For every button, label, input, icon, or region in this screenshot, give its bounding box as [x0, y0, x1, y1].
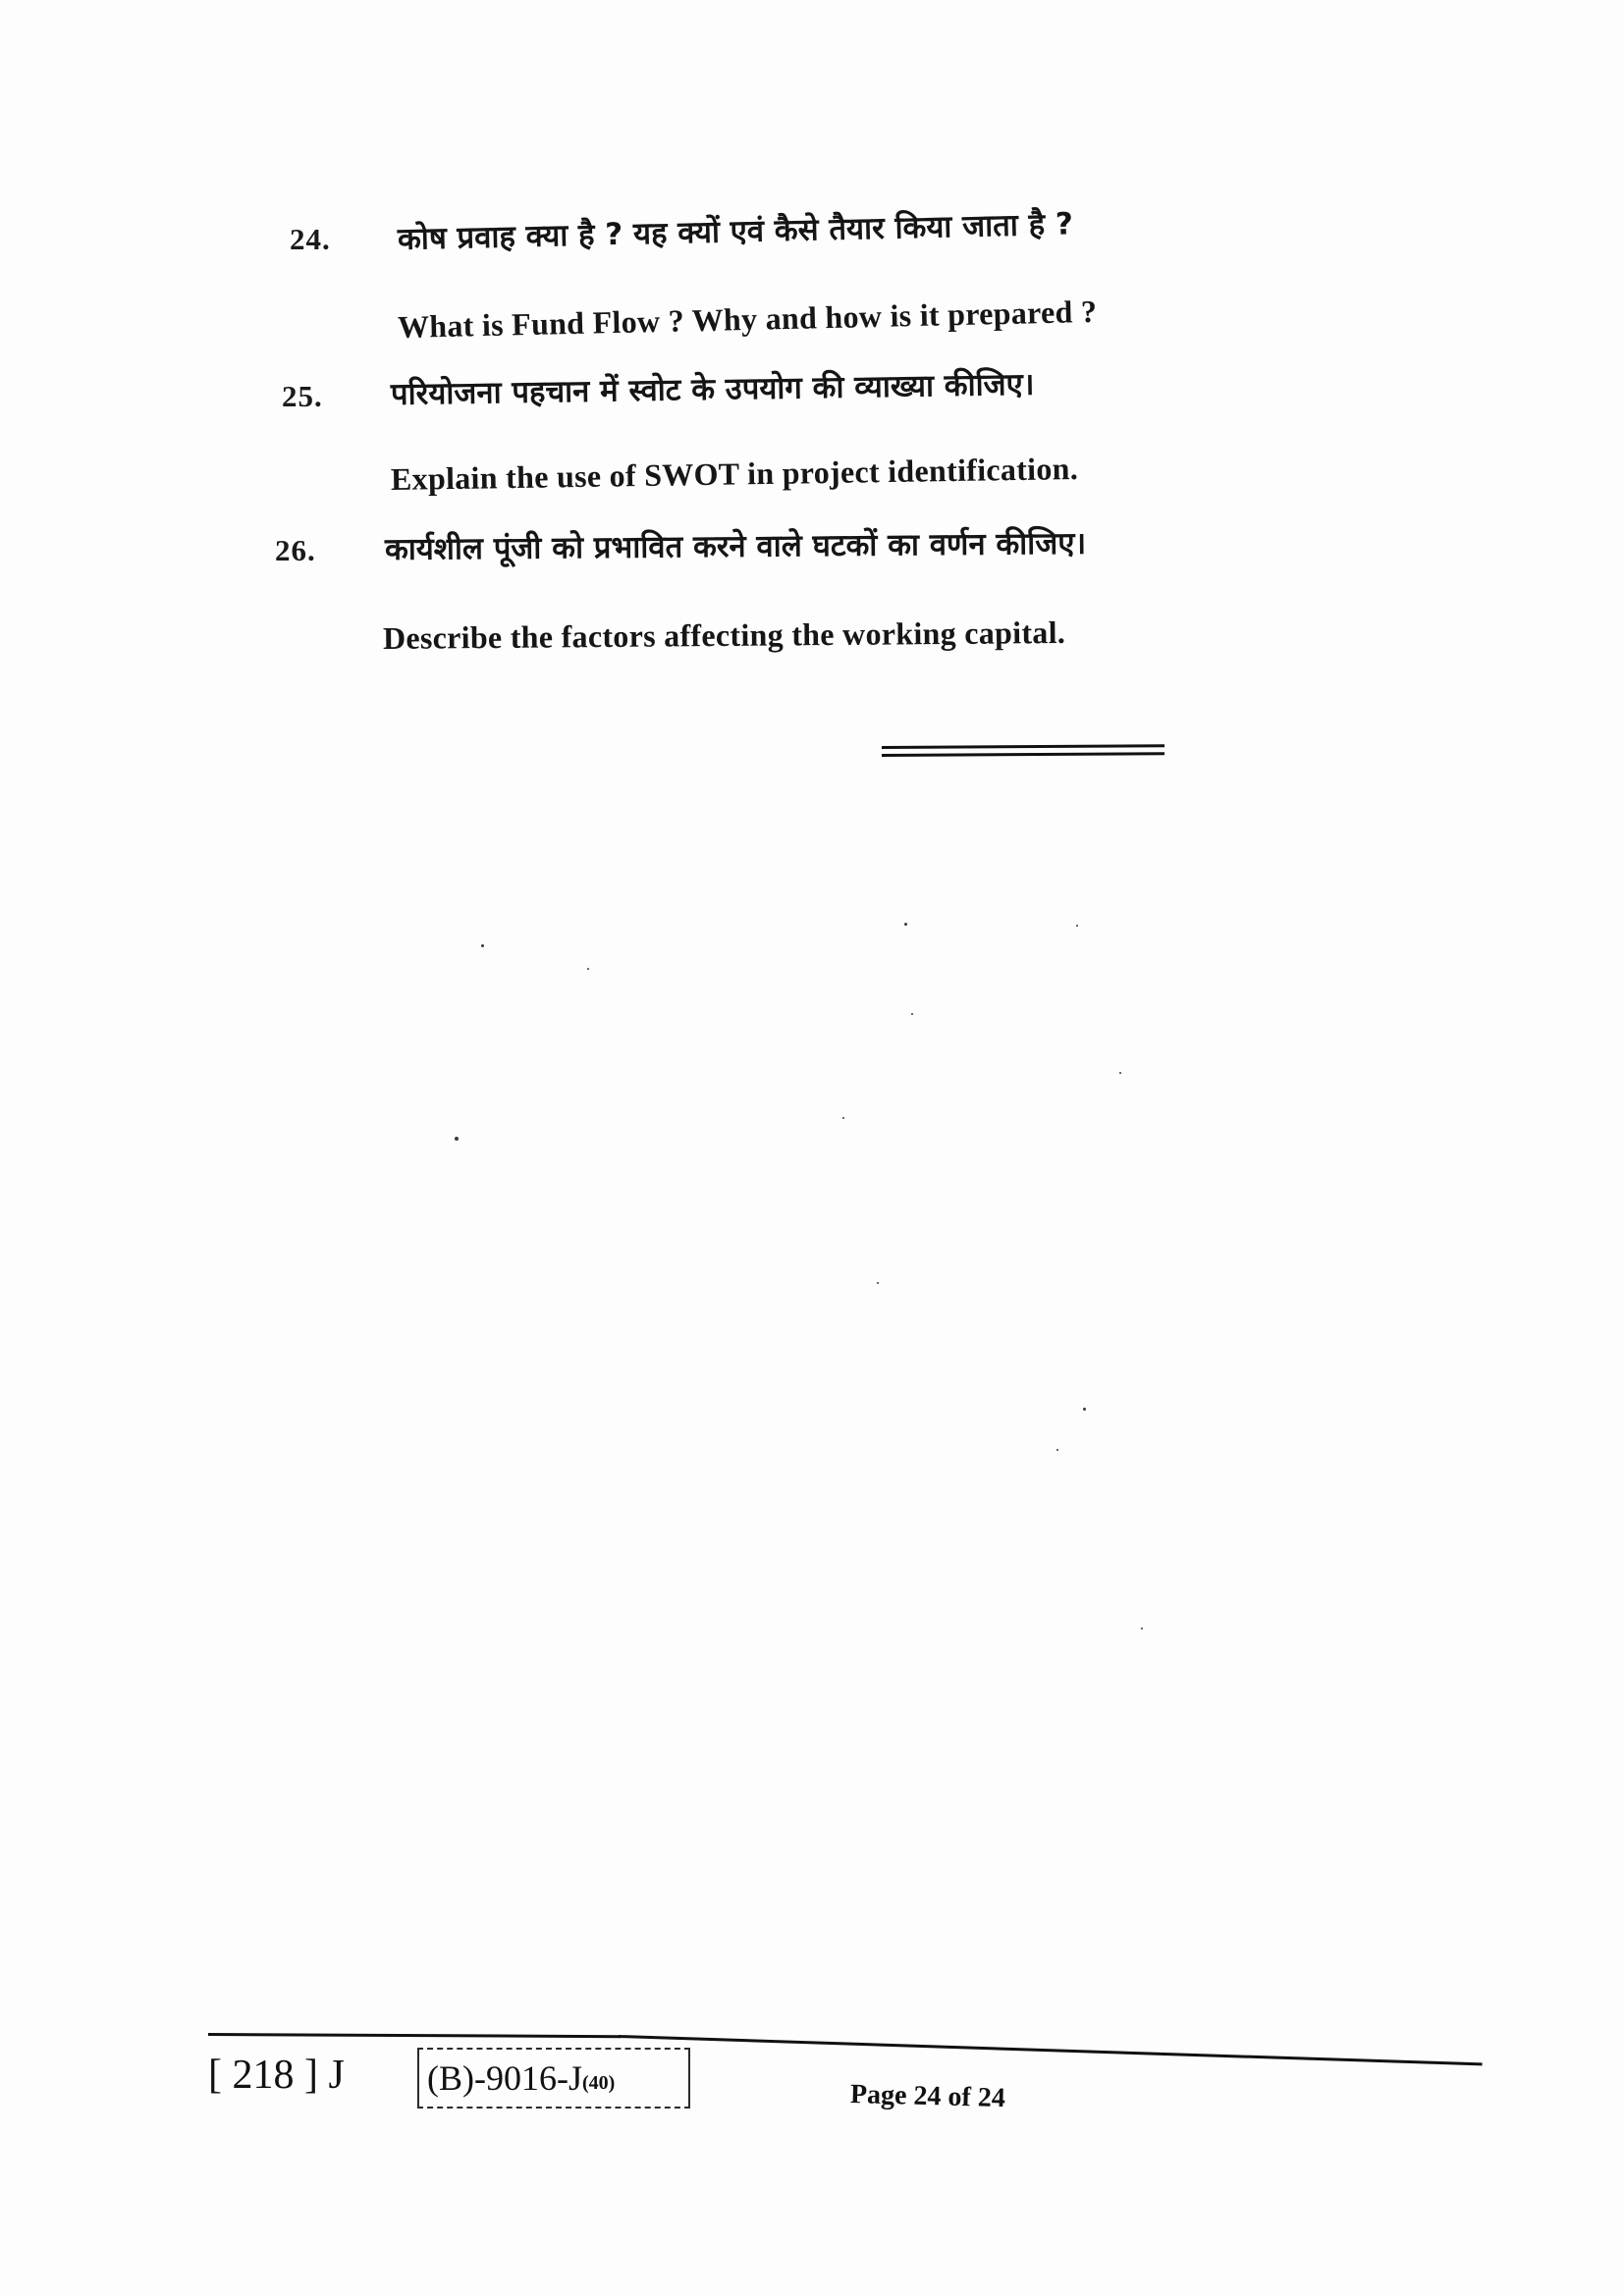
end-rule-top — [882, 744, 1164, 749]
question-24-english: What is Fund Flow ? Why and how is it pr… — [398, 294, 1098, 346]
footer-series-code: [ 218 ] J — [208, 2052, 345, 2099]
scan-speck — [904, 923, 907, 926]
question-24-hindi: कोष प्रवाह क्या है ? यह क्यों एवं कैसे त… — [398, 202, 1074, 259]
scan-speck — [842, 1117, 844, 1119]
scan-speck — [911, 1013, 913, 1015]
question-number-24: 24. — [290, 222, 331, 257]
question-number-26: 26. — [275, 533, 316, 568]
scan-speck — [1141, 1628, 1143, 1629]
scan-speck — [481, 944, 484, 947]
scan-speck — [1056, 1449, 1058, 1451]
scan-speck — [455, 1137, 459, 1141]
paper-code-box: (B)-9016-J (40) — [417, 2048, 690, 2109]
footer-rule-left — [208, 2033, 621, 2038]
footer-rule-right — [619, 2035, 1483, 2065]
page-number: Page 24 of 24 — [850, 2079, 1006, 2114]
question-number-25: 25. — [282, 379, 323, 414]
exam-page: 24. कोष प्रवाह क्या है ? यह क्यों एवं कै… — [0, 0, 1624, 2296]
question-25-hindi: परियोजना पहचान में स्वोट के उपयोग की व्य… — [391, 363, 1035, 414]
paper-code-main: (B)-9016-J — [427, 2057, 582, 2099]
scan-speck — [1076, 925, 1078, 927]
scan-speck — [1083, 1408, 1086, 1411]
scan-speck — [877, 1282, 879, 1284]
paper-code-sub: (40) — [582, 2072, 615, 2095]
scan-speck — [587, 968, 589, 970]
end-rule-bottom — [882, 752, 1164, 757]
scan-speck — [1119, 1072, 1121, 1074]
question-25-english: Explain the use of SWOT in project ident… — [391, 451, 1079, 498]
question-26-english: Describe the factors affecting the worki… — [383, 614, 1065, 657]
question-26-hindi: कार्यशील पूंजी को प्रभावित करने वाले घटक… — [385, 522, 1086, 569]
